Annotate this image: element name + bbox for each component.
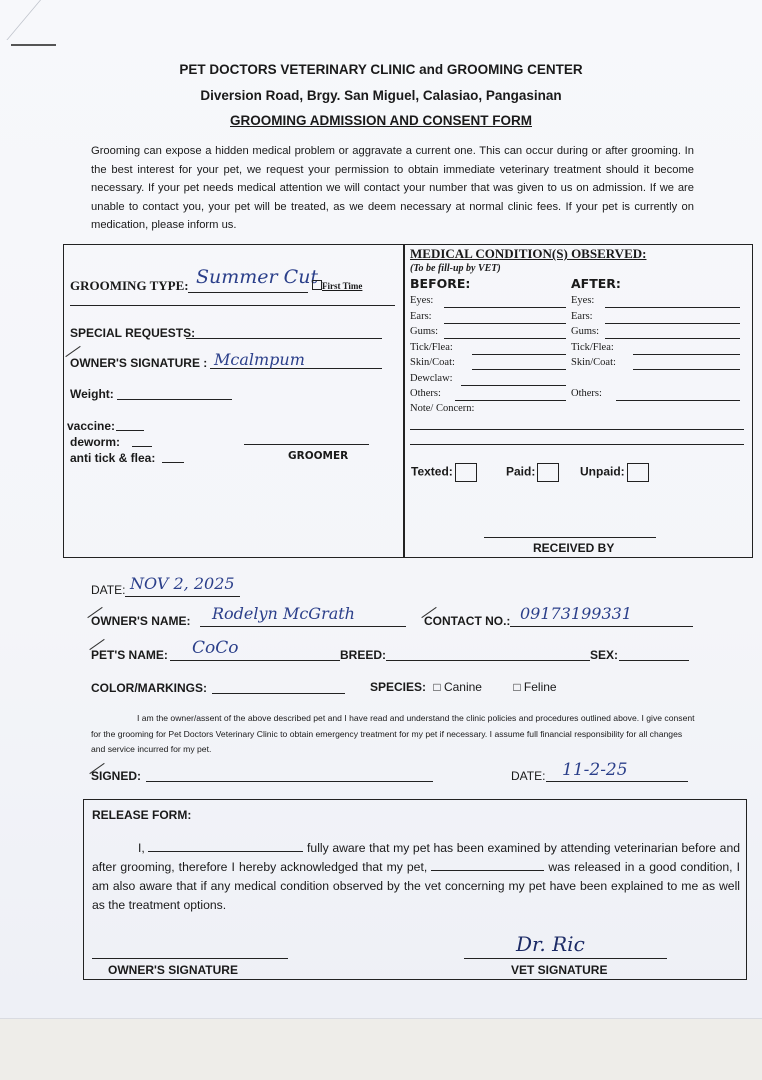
grooming-type-extra-line[interactable] <box>70 305 395 306</box>
grooming-type-label: GROOMING TYPE: <box>70 278 189 294</box>
species-option-feline[interactable]: □ Feline <box>513 680 556 694</box>
contact-field[interactable] <box>510 626 693 627</box>
received-by-field[interactable] <box>484 537 656 538</box>
signed-label: SIGNED: <box>91 769 141 783</box>
before-field-input[interactable] <box>461 385 566 386</box>
weight-label: Weight: <box>70 387 114 401</box>
after-field-label: Gums: <box>571 326 599 337</box>
weight-field[interactable] <box>117 399 232 400</box>
scanner-background <box>0 1018 762 1080</box>
anti-tick-flea-label: anti tick & flea: <box>70 451 155 465</box>
canine-label: Canine <box>444 680 482 694</box>
vaccine-field[interactable] <box>116 430 144 431</box>
after-field-label: Ears: <box>571 311 593 322</box>
release-pet-name-field[interactable] <box>431 859 544 871</box>
texted-option[interactable]: Texted: <box>411 463 477 482</box>
species-option-canine[interactable]: □ Canine <box>433 680 482 694</box>
texted-label: Texted: <box>411 465 453 479</box>
received-by-label: RECEIVED BY <box>533 541 614 555</box>
groomer-signature-field[interactable] <box>244 444 369 445</box>
breed-label: BREED: <box>340 648 386 662</box>
folded-corner <box>0 0 41 40</box>
owner-signature-value: Mcalmpum <box>214 350 305 369</box>
before-field-input[interactable] <box>455 400 566 401</box>
deworm-field[interactable] <box>132 446 152 447</box>
signed-field[interactable] <box>146 781 433 782</box>
consent-text: I am the owner/assent of the above descr… <box>91 711 695 758</box>
before-field-input[interactable] <box>444 307 566 308</box>
special-requests-label: SPECIAL REQUESTS: <box>70 326 195 340</box>
grooming-type-field[interactable] <box>188 292 308 293</box>
breed-field[interactable] <box>386 660 590 661</box>
unpaid-label: Unpaid: <box>580 465 625 479</box>
anti-tick-flea-field[interactable] <box>162 462 184 463</box>
before-field-input[interactable] <box>472 354 566 355</box>
owner-signature-label: OWNER'S SIGNATURE : <box>70 356 207 370</box>
note-line-2[interactable] <box>410 444 744 445</box>
intro-paragraph: Grooming can expose a hidden medical pro… <box>91 142 694 235</box>
release-text-i: I, <box>138 841 145 855</box>
table-divider <box>403 245 405 557</box>
paid-checkbox[interactable] <box>537 463 559 482</box>
first-time-checkbox[interactable] <box>312 280 322 290</box>
date-value: NOV 2, 2025 <box>130 574 235 593</box>
clinic-name: PET DOCTORS VETERINARY CLINIC and GROOMI… <box>0 62 762 77</box>
before-field-input[interactable] <box>444 323 566 324</box>
species-label: SPECIES: <box>370 680 426 694</box>
before-field-label: Gums: <box>410 326 438 337</box>
unpaid-option[interactable]: Unpaid: <box>580 463 649 482</box>
contact-value: 09173199331 <box>520 604 632 623</box>
color-markings-field[interactable] <box>212 693 345 694</box>
after-field-input[interactable] <box>633 354 740 355</box>
feline-label: Feline <box>524 680 557 694</box>
after-heading: AFTER: <box>571 276 621 291</box>
grooming-type-value: Summer Cut <box>196 266 318 288</box>
release-owner-name-field[interactable] <box>148 840 303 852</box>
paid-label: Paid: <box>506 465 535 479</box>
after-field-label: Others: <box>571 388 602 399</box>
vet-signature-value: Dr. Ric <box>516 932 585 956</box>
sex-label: SEX: <box>590 648 618 662</box>
after-field-input[interactable] <box>605 338 740 339</box>
unpaid-checkbox[interactable] <box>627 463 649 482</box>
texted-checkbox[interactable] <box>455 463 477 482</box>
pet-name-value: CoCo <box>192 638 238 658</box>
owner-name-field[interactable] <box>200 626 406 627</box>
date-field[interactable] <box>125 596 240 597</box>
vet-signature-field[interactable] <box>464 958 667 959</box>
before-field-label: Tick/Flea: <box>410 342 453 353</box>
special-requests-field[interactable] <box>186 338 382 339</box>
after-field-input[interactable] <box>605 323 740 324</box>
before-heading: BEFORE: <box>410 276 470 291</box>
release-text: I, fully aware that my pet has been exam… <box>92 839 740 915</box>
consent-date-label: DATE: <box>511 769 545 783</box>
owner-name-label: OWNER'S NAME: <box>91 614 191 628</box>
corner-mark <box>11 44 56 46</box>
deworm-label: deworm: <box>70 435 120 449</box>
after-field-input[interactable] <box>605 307 740 308</box>
after-field-label: Eyes: <box>571 295 594 306</box>
clinic-address: Diversion Road, Brgy. San Miguel, Calasi… <box>0 88 762 103</box>
form-page: PET DOCTORS VETERINARY CLINIC and GROOMI… <box>0 0 762 1018</box>
before-field-label: Others: <box>410 388 441 399</box>
first-time-option[interactable]: First Time <box>312 280 362 291</box>
after-field-label: Tick/Flea: <box>571 342 614 353</box>
release-owner-signature-field[interactable] <box>92 958 288 959</box>
before-field-label: Eyes: <box>410 295 433 306</box>
contact-label: CONTACT NO.: <box>424 614 510 628</box>
vet-signature-label: VET SIGNATURE <box>511 963 607 977</box>
before-field-label: Ears: <box>410 311 432 322</box>
form-title: GROOMING ADMISSION AND CONSENT FORM <box>0 113 762 128</box>
after-field-input[interactable] <box>616 400 740 401</box>
release-title: RELEASE FORM: <box>92 808 191 822</box>
medical-title: MEDICAL CONDITION(S) OBSERVED: <box>410 246 646 262</box>
color-markings-label: COLOR/MARKINGS: <box>91 681 207 695</box>
after-field-input[interactable] <box>633 369 740 370</box>
consent-date-value: 11-2-25 <box>562 760 628 780</box>
date-label: DATE: <box>91 583 125 597</box>
groomer-label: GROOMER <box>288 450 348 462</box>
release-owner-signature-label: OWNER'S SIGNATURE <box>108 963 238 977</box>
owner-name-value: Rodelyn McGrath <box>212 604 355 623</box>
before-field-label: Skin/Coat: <box>410 357 455 368</box>
before-field-input[interactable] <box>444 338 566 339</box>
vaccine-label: vaccine: <box>67 419 115 433</box>
after-field-label: Skin/Coat: <box>571 357 616 368</box>
consent-date-field[interactable] <box>546 781 688 782</box>
note-concern-label: Note/ Concern: <box>410 403 474 414</box>
paid-option[interactable]: Paid: <box>506 463 559 482</box>
before-field-label: Dewclaw: <box>410 373 453 384</box>
note-line-1[interactable] <box>410 429 744 430</box>
before-field-input[interactable] <box>472 369 566 370</box>
first-time-label: First Time <box>322 281 362 291</box>
medical-subtitle: (To be fill-up by VET) <box>410 263 501 274</box>
pet-name-label: PET'S NAME: <box>91 648 168 662</box>
species-group: SPECIES: □ Canine □ Feline <box>370 680 557 694</box>
sex-field[interactable] <box>619 660 689 661</box>
pet-name-field[interactable] <box>170 660 340 661</box>
